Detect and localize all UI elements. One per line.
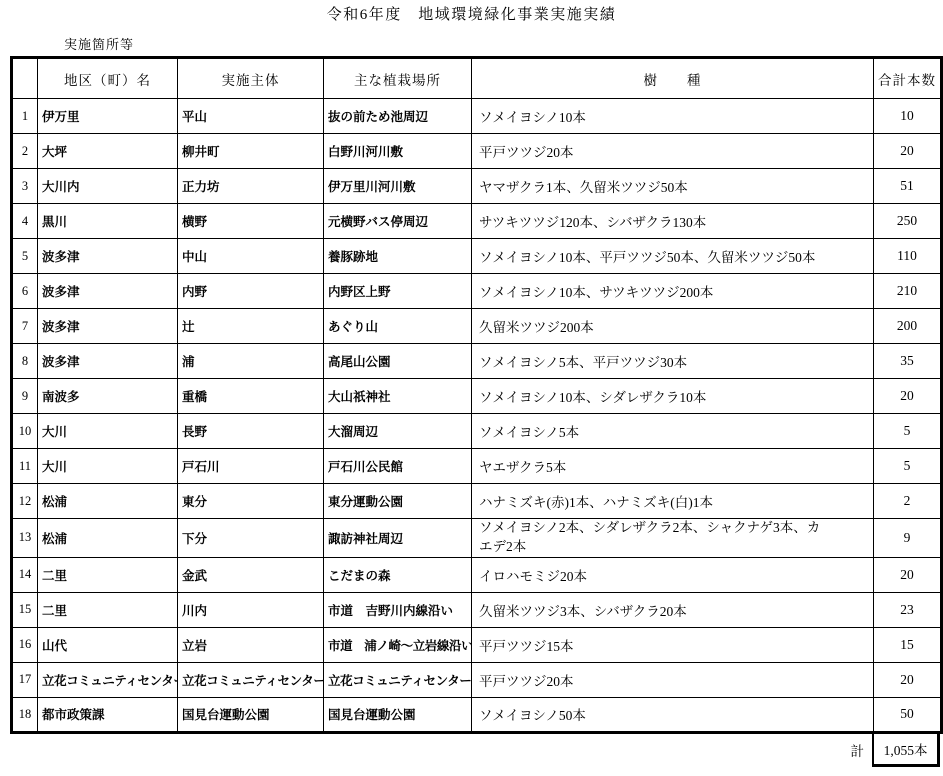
header-total: 合計本数 xyxy=(874,58,942,99)
species-cell: 平戸ツツジ15本 xyxy=(472,627,874,662)
total-cell: 20 xyxy=(874,662,942,697)
header-entity: 実施主体 xyxy=(178,58,324,99)
total-cell: 210 xyxy=(874,274,942,309)
location-cell: 国見台運動公園 xyxy=(324,697,472,732)
table-row: 14 二里 金武 こだまの森 イロハモミジ20本 20 xyxy=(12,557,942,592)
row-number: 17 xyxy=(12,662,38,697)
location-cell: 内野区上野 xyxy=(324,274,472,309)
entity-cell: 中山 xyxy=(178,239,324,274)
row-number: 9 xyxy=(12,379,38,414)
district-cell: 松浦 xyxy=(38,484,178,519)
entity-cell: 金武 xyxy=(178,557,324,592)
district-cell: 都市政策課 xyxy=(38,697,178,732)
species-cell: ソメイヨシノ10本 xyxy=(472,99,874,134)
location-cell: 市道 吉野川内線沿い xyxy=(324,592,472,627)
location-cell: 養豚跡地 xyxy=(324,239,472,274)
district-cell: 松浦 xyxy=(38,519,178,558)
total-cell: 5 xyxy=(874,449,942,484)
table-row: 4 黒川 横野 元横野バス停周辺 サツキツツジ120本、シバザクラ130本 25… xyxy=(12,204,942,239)
row-number: 8 xyxy=(12,344,38,379)
row-number: 16 xyxy=(12,627,38,662)
total-cell: 23 xyxy=(874,592,942,627)
species-cell: ハナミズキ(赤)1本、ハナミズキ(白)1本 xyxy=(472,484,874,519)
table-caption: 実施箇所等 xyxy=(64,34,943,53)
location-cell: 抜の前ため池周辺 xyxy=(324,99,472,134)
entity-cell: 立花コミュニティセンター xyxy=(178,662,324,697)
greening-results-table: 地区（町）名 実施主体 主な植栽場所 樹 種 合計本数 1 伊万里 平山 抜の前… xyxy=(10,56,943,734)
total-cell: 20 xyxy=(874,379,942,414)
row-number: 12 xyxy=(12,484,38,519)
location-cell: 白野川河川敷 xyxy=(324,134,472,169)
location-cell: 大溜周辺 xyxy=(324,414,472,449)
location-cell: 市道 浦ノ崎～立岩線沿い xyxy=(324,627,472,662)
district-cell: 黒川 xyxy=(38,204,178,239)
total-cell: 35 xyxy=(874,344,942,379)
total-cell: 15 xyxy=(874,627,942,662)
header-district: 地区（町）名 xyxy=(38,58,178,99)
row-number: 18 xyxy=(12,697,38,732)
table-row: 2 大坪 柳井町 白野川河川敷 平戸ツツジ20本 20 xyxy=(12,134,942,169)
district-cell: 波多津 xyxy=(38,309,178,344)
header-location: 主な植栽場所 xyxy=(324,58,472,99)
grand-total-row: 計 1,055本 xyxy=(10,734,940,767)
district-cell: 大川 xyxy=(38,414,178,449)
total-cell: 110 xyxy=(874,239,942,274)
district-cell: 大川内 xyxy=(38,169,178,204)
table-row: 7 波多津 辻 あぐり山 久留米ツツジ200本 200 xyxy=(12,309,942,344)
row-number: 5 xyxy=(12,239,38,274)
table-row: 8 波多津 浦 高尾山公園 ソメイヨシノ5本、平戸ツツジ30本 35 xyxy=(12,344,942,379)
total-cell: 200 xyxy=(874,309,942,344)
district-cell: 南波多 xyxy=(38,379,178,414)
species-cell: 平戸ツツジ20本 xyxy=(472,662,874,697)
header-row: 地区（町）名 実施主体 主な植栽場所 樹 種 合計本数 xyxy=(12,58,942,99)
total-cell: 250 xyxy=(874,204,942,239)
species-cell: ソメイヨシノ5本、平戸ツツジ30本 xyxy=(472,344,874,379)
total-cell: 5 xyxy=(874,414,942,449)
entity-cell: 重橋 xyxy=(178,379,324,414)
header-no xyxy=(12,58,38,99)
location-cell: 東分運動公園 xyxy=(324,484,472,519)
species-cell: ソメイヨシノ10本、平戸ツツジ50本、久留米ツツジ50本 xyxy=(472,239,874,274)
table-row: 9 南波多 重橋 大山祇神社 ソメイヨシノ10本、シダレザクラ10本 20 xyxy=(12,379,942,414)
location-cell: 高尾山公園 xyxy=(324,344,472,379)
row-number: 10 xyxy=(12,414,38,449)
table-row: 17 立花コミュニティセンター 立花コミュニティセンター 立花コミュニティセンタ… xyxy=(12,662,942,697)
district-cell: 二里 xyxy=(38,557,178,592)
grand-total-label: 計 xyxy=(851,734,866,767)
species-cell: 久留米ツツジ3本、シバザクラ20本 xyxy=(472,592,874,627)
total-cell: 50 xyxy=(874,697,942,732)
district-cell: 波多津 xyxy=(38,344,178,379)
entity-cell: 平山 xyxy=(178,99,324,134)
total-cell: 20 xyxy=(874,557,942,592)
entity-cell: 長野 xyxy=(178,414,324,449)
district-cell: 大川 xyxy=(38,449,178,484)
total-cell: 2 xyxy=(874,484,942,519)
species-cell: ヤエザクラ5本 xyxy=(472,449,874,484)
total-cell: 51 xyxy=(874,169,942,204)
table-row: 11 大川 戸石川 戸石川公民館 ヤエザクラ5本 5 xyxy=(12,449,942,484)
row-number: 13 xyxy=(12,519,38,558)
total-cell: 10 xyxy=(874,99,942,134)
species-cell: ソメイヨシノ10本、シダレザクラ10本 xyxy=(472,379,874,414)
entity-cell: 柳井町 xyxy=(178,134,324,169)
species-cell: ソメイヨシノ2本、シダレザクラ2本、シャクナゲ3本、カエデ2本 xyxy=(472,519,874,558)
district-cell: 伊万里 xyxy=(38,99,178,134)
table-row: 18 都市政策課 国見台運動公園 国見台運動公園 ソメイヨシノ50本 50 xyxy=(12,697,942,732)
total-cell: 9 xyxy=(874,519,942,558)
header-species: 樹 種 xyxy=(472,58,874,99)
table-row: 16 山代 立岩 市道 浦ノ崎～立岩線沿い 平戸ツツジ15本 15 xyxy=(12,627,942,662)
entity-cell: 内野 xyxy=(178,274,324,309)
row-number: 1 xyxy=(12,99,38,134)
page-title: 令和6年度 地域環境緑化事業実施実績 xyxy=(0,0,943,24)
location-cell: 大山祇神社 xyxy=(324,379,472,414)
table-row: 3 大川内 正力坊 伊万里川河川敷 ヤマザクラ1本、久留米ツツジ50本 51 xyxy=(12,169,942,204)
entity-cell: 辻 xyxy=(178,309,324,344)
row-number: 6 xyxy=(12,274,38,309)
table-row: 10 大川 長野 大溜周辺 ソメイヨシノ5本 5 xyxy=(12,414,942,449)
species-cell: ソメイヨシノ50本 xyxy=(472,697,874,732)
entity-cell: 浦 xyxy=(178,344,324,379)
species-cell: サツキツツジ120本、シバザクラ130本 xyxy=(472,204,874,239)
row-number: 4 xyxy=(12,204,38,239)
total-cell: 20 xyxy=(874,134,942,169)
species-cell: ソメイヨシノ10本、サツキツツジ200本 xyxy=(472,274,874,309)
row-number: 2 xyxy=(12,134,38,169)
entity-cell: 下分 xyxy=(178,519,324,558)
entity-cell: 正力坊 xyxy=(178,169,324,204)
table-row: 6 波多津 内野 内野区上野 ソメイヨシノ10本、サツキツツジ200本 210 xyxy=(12,274,942,309)
species-cell: 久留米ツツジ200本 xyxy=(472,309,874,344)
entity-cell: 川内 xyxy=(178,592,324,627)
location-cell: 元横野バス停周辺 xyxy=(324,204,472,239)
species-cell: ヤマザクラ1本、久留米ツツジ50本 xyxy=(472,169,874,204)
district-cell: 二里 xyxy=(38,592,178,627)
row-number: 3 xyxy=(12,169,38,204)
row-number: 7 xyxy=(12,309,38,344)
grand-total-value: 1,055本 xyxy=(872,734,940,767)
district-cell: 波多津 xyxy=(38,274,178,309)
entity-cell: 戸石川 xyxy=(178,449,324,484)
district-cell: 立花コミュニティセンター xyxy=(38,662,178,697)
location-cell: こだまの森 xyxy=(324,557,472,592)
table-row: 15 二里 川内 市道 吉野川内線沿い 久留米ツツジ3本、シバザクラ20本 23 xyxy=(12,592,942,627)
table-row: 13 松浦 下分 諏訪神社周辺 ソメイヨシノ2本、シダレザクラ2本、シャクナゲ3… xyxy=(12,519,942,558)
table-row: 12 松浦 東分 東分運動公園 ハナミズキ(赤)1本、ハナミズキ(白)1本 2 xyxy=(12,484,942,519)
species-cell: 平戸ツツジ20本 xyxy=(472,134,874,169)
species-cell: イロハモミジ20本 xyxy=(472,557,874,592)
location-cell: 伊万里川河川敷 xyxy=(324,169,472,204)
location-cell: 立花コミュニティセンター xyxy=(324,662,472,697)
species-cell: ソメイヨシノ5本 xyxy=(472,414,874,449)
location-cell: 戸石川公民館 xyxy=(324,449,472,484)
entity-cell: 立岩 xyxy=(178,627,324,662)
district-cell: 山代 xyxy=(38,627,178,662)
table-row: 1 伊万里 平山 抜の前ため池周辺 ソメイヨシノ10本 10 xyxy=(12,99,942,134)
row-number: 14 xyxy=(12,557,38,592)
entity-cell: 国見台運動公園 xyxy=(178,697,324,732)
location-cell: 諏訪神社周辺 xyxy=(324,519,472,558)
location-cell: あぐり山 xyxy=(324,309,472,344)
district-cell: 大坪 xyxy=(38,134,178,169)
entity-cell: 東分 xyxy=(178,484,324,519)
table-row: 5 波多津 中山 養豚跡地 ソメイヨシノ10本、平戸ツツジ50本、久留米ツツジ5… xyxy=(12,239,942,274)
row-number: 11 xyxy=(12,449,38,484)
row-number: 15 xyxy=(12,592,38,627)
entity-cell: 横野 xyxy=(178,204,324,239)
district-cell: 波多津 xyxy=(38,239,178,274)
